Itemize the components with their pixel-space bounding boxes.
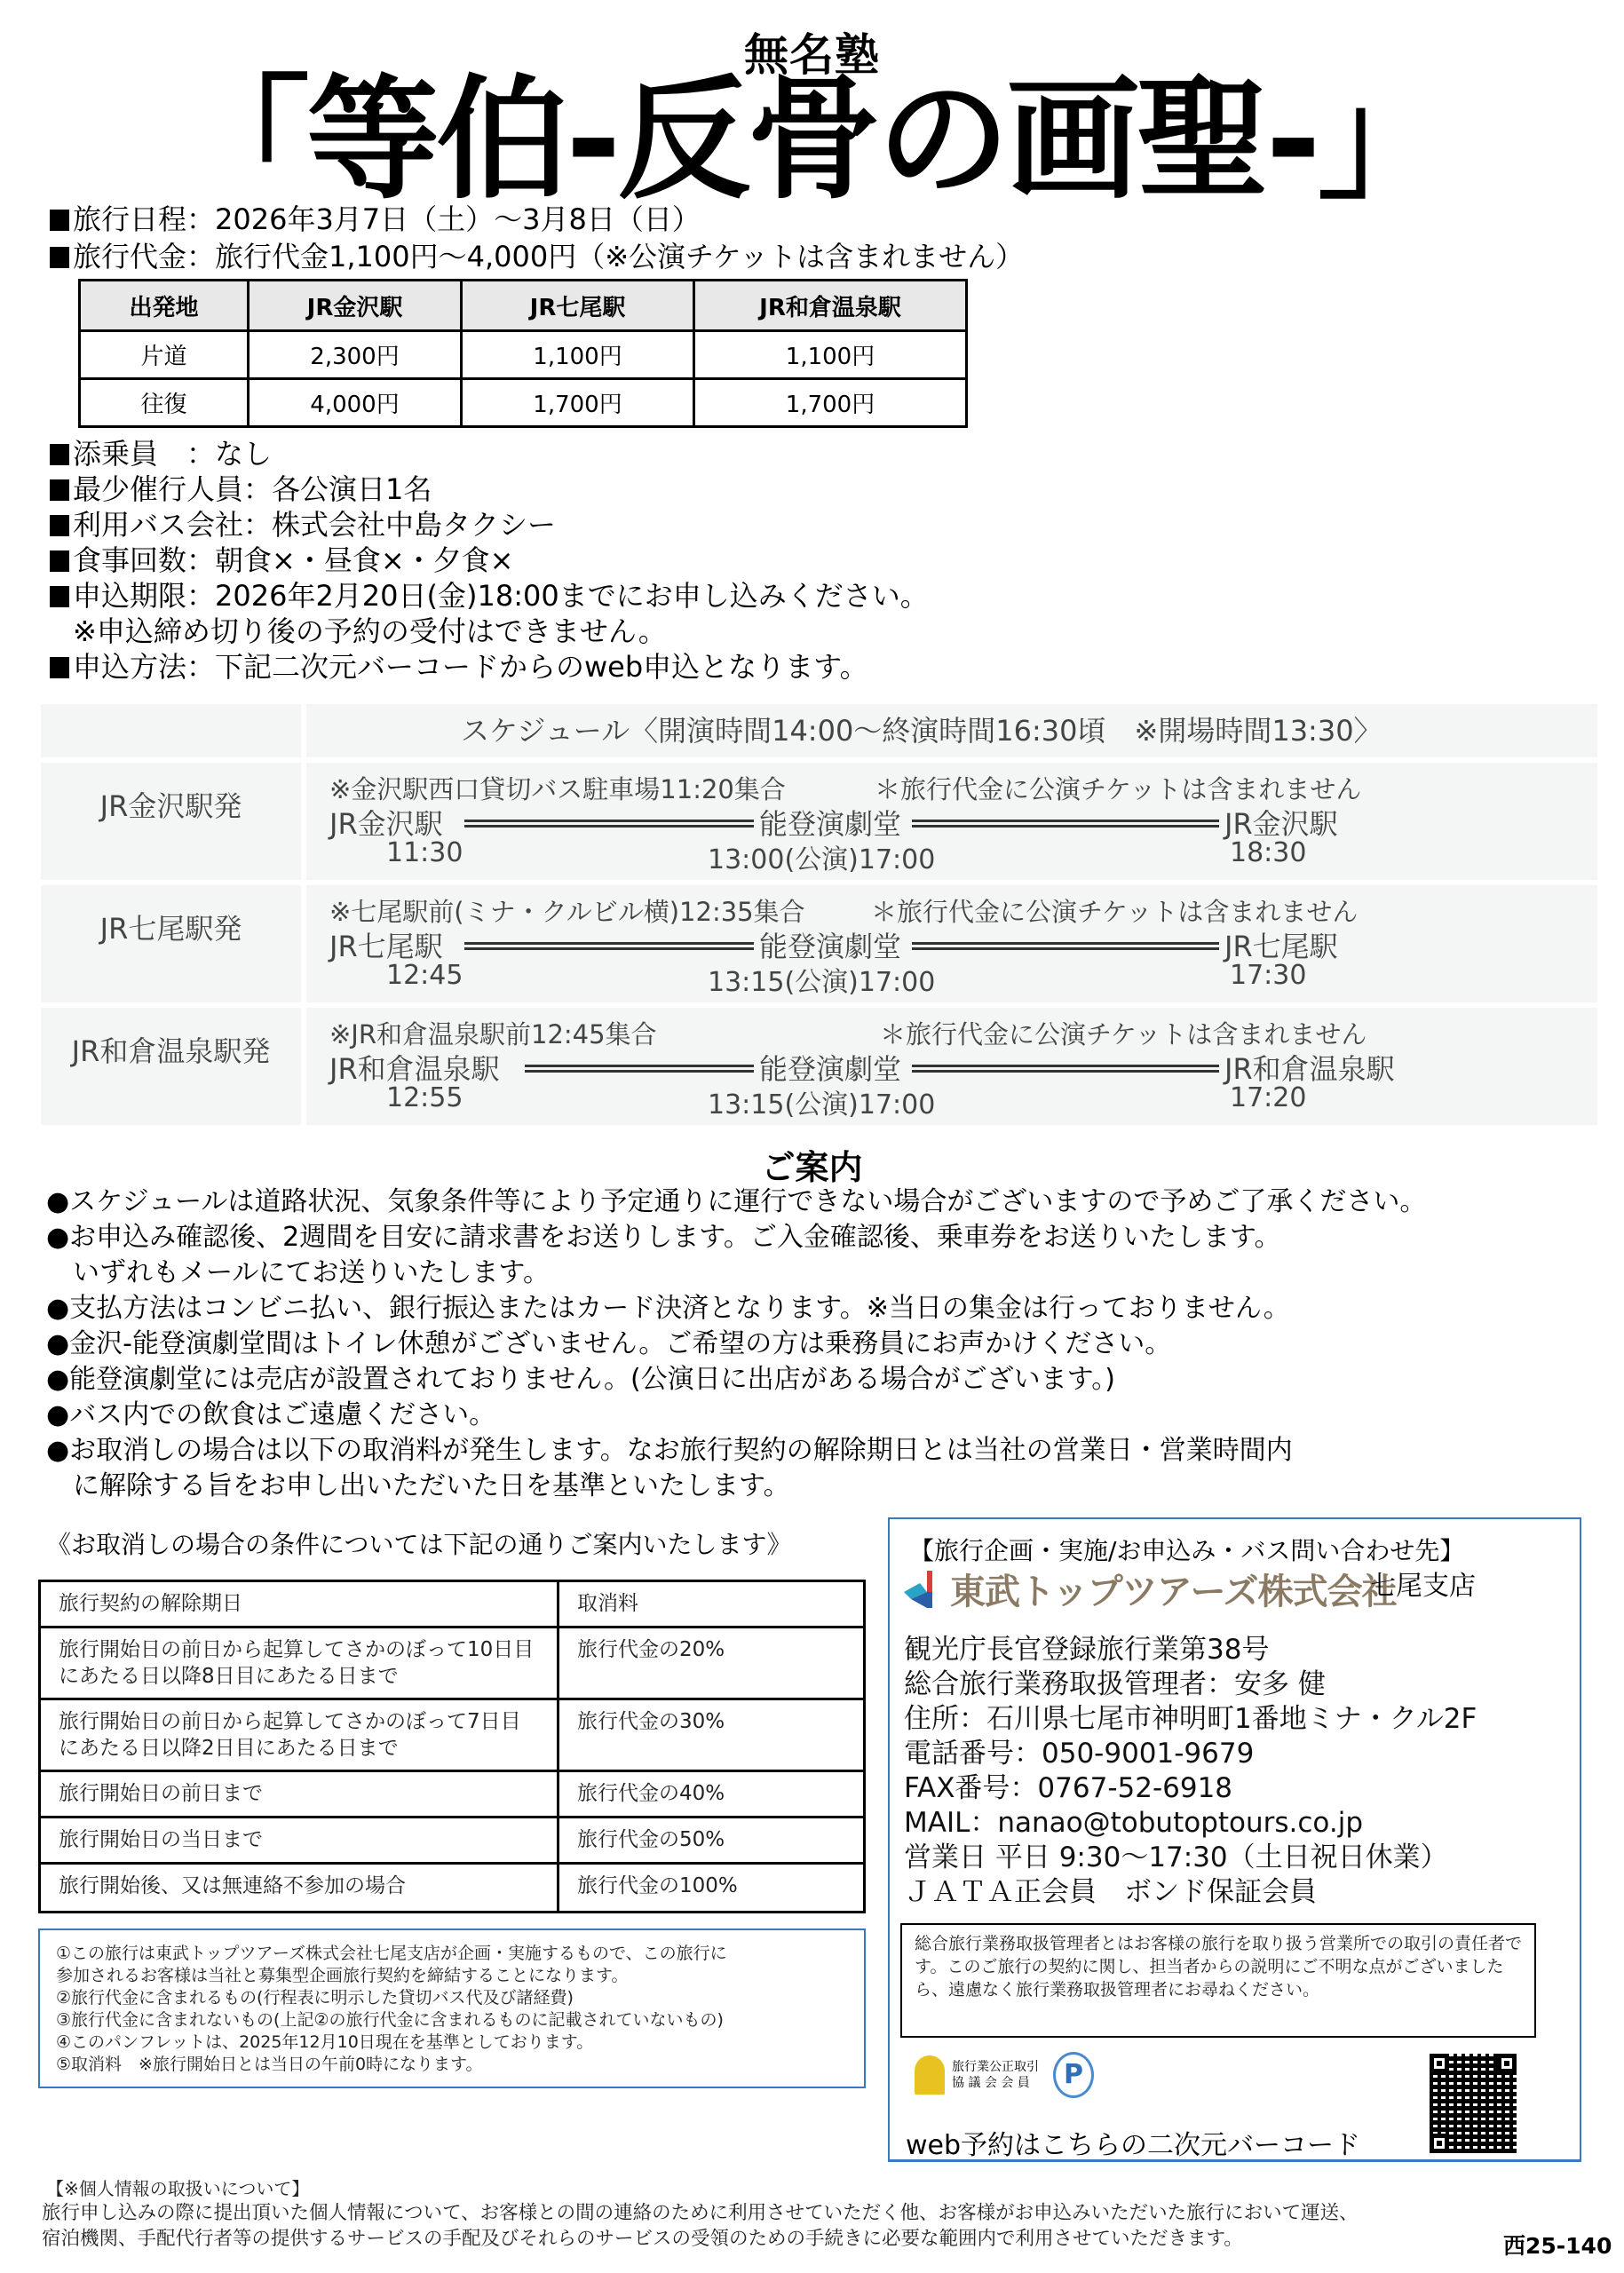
privacy-mark-icon: P [1053, 2052, 1094, 2098]
email-address[interactable]: MAIL：nanao@tobutoptours.co.jp [904, 1806, 1477, 1841]
bullet-square-icon [50, 444, 69, 465]
guide-item: ●スケジュールは道路状況、気象条件等により予定通りに運行できない場合がございます… [46, 1184, 1426, 1220]
guide-item: に解除する旨をお申し出いただいた日を基準といたします。 [46, 1469, 790, 1504]
company-logo-icon [902, 1569, 943, 1610]
schedule-row-wakura: JR和倉温泉駅発 ※JR和倉温泉駅前12:45集合 ＊旅行代金に公演チケットは含… [41, 1008, 1597, 1125]
bullet-square-icon [50, 515, 69, 536]
fair-trade-council-icon [915, 2055, 945, 2095]
guide-title: ご案内 [0, 1140, 1624, 1189]
schedule-table: スケジュール〈開演時間14:00～終演時間16:30頃 ※開場時間13:30〉 … [41, 704, 1597, 1130]
table-row: 旅行開始日の前日から起算してさかのぼって7日目にあたる日以降2日目にあたる日まで… [40, 1699, 865, 1771]
price-table: 出発地 JR金沢駅 JR七尾駅 JR和倉温泉駅 片道 2,300円 1,100円… [78, 279, 968, 428]
terms-box: ①この旅行は東武トップツアーズ株式会社七尾支店が企画・実施するもので、この旅行に… [38, 1928, 866, 2088]
cancellation-table: 旅行契約の解除期日 取消料 旅行開始日の前日から起算してさかのぼって10日目にあ… [38, 1580, 866, 1913]
guide-item: ●お申込み確認後、2週間を目安に請求書をお送りします。ご入金確認後、乗車券をお送… [46, 1220, 1280, 1255]
trip-price: 旅行代金：旅行代金1,100円～4,000円（※公演チケットは含まれません） [50, 240, 1024, 273]
route-line [912, 820, 1219, 828]
trip-schedule: 旅行日程：2026年3月7日（土）～3月8日（日） [50, 202, 701, 236]
company-name: 東武トップツアーズ株式会社 [950, 1564, 1397, 1614]
phone-number: 電話番号：050-9001-9679 [904, 1737, 1477, 1771]
detail-meals: 食事回数：朝食×・昼食×・夕食× [50, 543, 513, 577]
bullet-square-icon [50, 247, 69, 268]
document-code: 西25-140 [1503, 2229, 1612, 2261]
manager-note: 総合旅行業務取扱管理者とはお客様の旅行を取り扱う営業所での取引の責任者です。この… [900, 1923, 1536, 2038]
schedule-header: スケジュール〈開演時間14:00～終演時間16:30頃 ※開場時間13:30〉 [41, 704, 1597, 757]
table-row: 往復 4,000円 1,700円 1,700円 [80, 379, 967, 427]
page-title: 「等伯-反骨の画聖-」 [0, 69, 1624, 211]
company-logo: 東武トップツアーズ株式会社 [902, 1564, 1397, 1614]
membership-badges: 旅行業公正取引 協 議 会 会 員 P [915, 2052, 1094, 2098]
guide-item: ●金沢-能登演劇堂間はトイレ休憩がございません。ご希望の方は乗務員にお声かけくだ… [46, 1327, 1171, 1362]
table-row: 旅行開始後、又は無連絡不参加の場合 旅行代金の100% [40, 1864, 865, 1913]
privacy-text: 旅行申し込みの際に提出頂いた個人情報について、お客様との間の連絡のために利用させ… [42, 2200, 1359, 2252]
guide-item: ●能登演劇堂には売店が設置されておりません。(公演日に出店がある場合がございます… [46, 1362, 1115, 1398]
bullet-square-icon [50, 657, 69, 678]
bullet-square-icon [50, 550, 69, 572]
schedule-row-nanao: JR七尾駅発 ※七尾駅前(ミナ・クルビル横)12:35集合 ＊旅行代金に公演チケ… [41, 885, 1597, 1002]
detail-bus-company: 利用バス会社：株式会社中島タクシー [50, 508, 556, 542]
detail-min-people: 最少催行人員：各公演日1名 [50, 472, 432, 506]
guide-item: ●支払方法はコンビニ払い、銀行振込またはカード決済となります。※当日の集金は行っ… [46, 1291, 1290, 1327]
detail-deadline: 申込期限：2026年2月20日(金)18:00までにお申し込みください。 [50, 579, 929, 613]
route-line [464, 820, 754, 828]
bullet-square-icon [50, 210, 69, 231]
web-booking-label: web予約はこちらの二次元バーコード [906, 2123, 1360, 2162]
privacy-caption: 【※個人情報の取扱いについて】 [46, 2174, 309, 2200]
guide-item: ●お取消しの場合は以下の取消料が発生します。なお旅行契約の解除期日とは当社の営業… [46, 1433, 1293, 1469]
route-line [912, 942, 1219, 950]
contact-box: 【旅行企画・実施/お申込み・バス問い合わせ先】 東武トップツアーズ株式会社 七尾… [888, 1517, 1581, 2162]
table-row: 旅行開始日の前日まで 旅行代金の40% [40, 1771, 865, 1818]
table-row: 片道 2,300円 1,100円 1,100円 [80, 331, 967, 379]
table-row: 旅行開始日の当日まで 旅行代金の50% [40, 1818, 865, 1864]
contact-caption: 【旅行企画・実施/お申込み・バス問い合わせ先】 [909, 1532, 1464, 1567]
cancellation-header: 旅行契約の解除期日 取消料 [40, 1581, 865, 1628]
detail-deadline-note: ※申込締め切り後の予約の受付はできません。 [73, 614, 667, 648]
detail-method: 申込方法：下記二次元バーコードからのweb申込となります。 [50, 650, 868, 684]
qr-code-icon[interactable] [1430, 2054, 1517, 2153]
table-row: 旅行開始日の前日から起算してさかのぼって10日目にあたる日以降8日目にあたる日ま… [40, 1628, 865, 1699]
guide-item: いずれもメールにてお送りいたします。 [46, 1255, 550, 1291]
route-line [464, 942, 754, 950]
cancellation-caption: 《お取消しの場合の条件については下記の通りご案内いたします》 [46, 1525, 791, 1561]
bullet-square-icon [50, 479, 69, 501]
route-line [912, 1065, 1219, 1073]
guide-item: ●バス内での飲食はご遠慮ください。 [46, 1398, 495, 1433]
schedule-heading: スケジュール〈開演時間14:00～終演時間16:30頃 ※開場時間13:30〉 [306, 704, 1597, 757]
price-table-header: 出発地 JR金沢駅 JR七尾駅 JR和倉温泉駅 [80, 281, 967, 331]
contact-info: 観光庁長官登録旅行業第38号 総合旅行業務取扱管理者：安多 健 住所：石川県七尾… [904, 1633, 1477, 1910]
branch-name: 七尾支店 [1369, 1564, 1476, 1603]
fax-number: FAX番号：0767-52-6918 [904, 1771, 1477, 1806]
schedule-row-kanazawa: JR金沢駅発 ※金沢駅西口貸切バス駐車場11:20集合 ＊旅行代金に公演チケット… [41, 763, 1597, 880]
route-line [525, 1065, 754, 1073]
fair-trade-council-label: 旅行業公正取引 協 議 会 会 員 [952, 2059, 1039, 2091]
bullet-square-icon [50, 586, 69, 607]
detail-escort: 添乗員 ：なし [50, 437, 272, 471]
